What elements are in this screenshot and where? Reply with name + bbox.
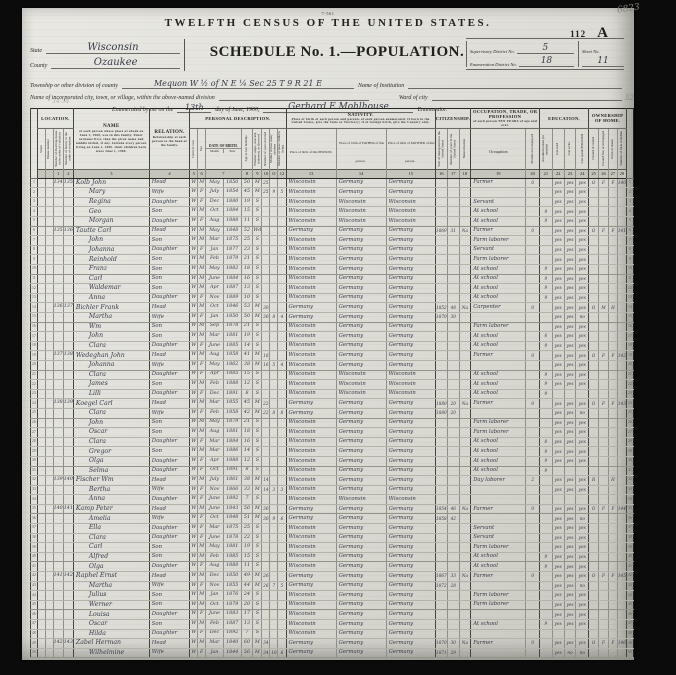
cell-pob: Germany [286,399,336,409]
cell-race: W [190,600,198,610]
cell-relation: Daughter [149,562,190,572]
cell-free_mortgaged [599,332,609,342]
cell-free_mortgaged [599,322,609,332]
table-row: 21ClaraDaughterWFApr188515SWisconsinWisc… [31,370,634,380]
line-number-right: 17 [626,332,633,342]
cell-pom: Germany [386,408,435,418]
cell-children_living [278,226,286,236]
cell-speak_english: yes [576,351,589,361]
cell-name: Johanna [73,245,149,255]
cell-school_months [539,629,552,639]
cell-can_read: yes [552,408,564,418]
cell-farm_house [608,447,617,457]
cell-pob: Wisconsin [286,485,336,495]
cell-family [63,552,73,562]
line-number-right: 4 [626,207,633,217]
cell-can_read: yes [552,226,564,236]
cell-dwelling [53,629,63,639]
cell-imm_year [435,293,447,303]
cell-dob_month: Feb [206,552,224,562]
cell-pob: Wisconsin [286,533,336,543]
cell-mother_of [270,639,278,649]
cell-imm_year: 1854 [435,504,447,514]
cell-pob: Wisconsin [286,284,336,294]
cell-free_mortgaged [599,600,609,610]
cell-dob_year: 1892 [223,629,241,639]
cell-dwelling: 140 [53,504,63,514]
cell-owned_rented [589,600,599,610]
line-number-right: 23 [626,389,633,399]
cell-months_unemployed [526,552,540,562]
cell-yrs_us [448,322,460,332]
cell-pom: Germany [386,648,435,658]
cell-free_mortgaged [599,495,609,505]
cell-can_write: yes [564,456,576,466]
group-header-relation: RELATION.Relationship of each person to … [149,109,190,170]
cell-race: W [190,370,198,380]
sheet-field: Sheet No. 11 [578,41,624,67]
cell-family: 143 [63,639,73,649]
cell-occupation: Farm laborer [471,428,526,438]
line-number-right: 9 [626,255,633,265]
cell-street [37,351,45,361]
cell-yrs_us: 28 [448,581,460,591]
line-number-right: 3 [626,197,633,207]
cell-free_mortgaged [599,207,609,217]
cell-street [37,600,45,610]
line-number-left: 8 [31,245,38,255]
cell-imm_year [435,188,447,198]
cell-farm_schedule [617,265,626,275]
cell-yrs_us [448,236,460,246]
cell-relation: Son [149,274,190,284]
line-number-left: 14 [31,303,38,313]
cell-pom: Germany [386,524,435,534]
cell-mother_of [270,322,278,332]
cell-marital: S [253,629,262,639]
supervisor-value: 5 [517,44,574,54]
cell-race: W [190,236,198,246]
cell-dob_year: 1881 [223,543,241,553]
cell-children_living [278,476,286,486]
cell-pof: Germany [336,476,386,486]
cell-race: W [190,466,198,476]
cell-pom: Wisconsin [386,389,435,399]
cell-pob: Wisconsin [286,351,336,361]
table-row: 36AmeliaWifeWFOct184851M3096GermanyGerma… [31,514,634,524]
cell-family [63,389,73,399]
cell-yrs_us [448,284,460,294]
line-number-left: 35 [31,504,38,514]
cell-yrs_married [262,293,270,303]
cell-sex: M [198,226,206,236]
cell-school_months: 9 [539,466,552,476]
cell-farm_schedule [617,380,626,390]
cell-sex: F [198,562,206,572]
cell-can_write: yes [564,341,576,351]
cell-age: 56 [241,504,253,514]
cell-owned_rented: O [589,572,599,582]
cell-can_read: yes [552,245,564,255]
cell-sex: F [198,485,206,495]
cell-speak_english: yes [576,303,589,313]
cell-marital: M [253,648,262,658]
line-number-right: 30 [626,456,633,466]
cell-mother_of [270,428,278,438]
cell-free_mortgaged [599,514,609,524]
col-header-race: Color or race [190,128,198,169]
cell-name: Fischer Wm [73,476,149,486]
cell-name: Anna [73,495,149,505]
line-number-left: 19 [31,351,38,361]
cell-mother_of [270,418,278,428]
cell-yrs_married [262,591,270,601]
cell-naturalization [459,178,471,188]
cell-yrs_us [448,466,460,476]
cell-pob: Wisconsin [286,322,336,332]
cell-months_unemployed [526,591,540,601]
line-number-right: 35 [626,504,633,514]
cell-relation: Wife [149,360,190,370]
line-number-right: 39 [626,543,633,553]
cell-dwelling [53,543,63,553]
cell-dob_month: May [206,265,224,275]
cell-owned_rented [589,610,599,620]
cell-pof: Germany [336,447,386,457]
cell-months_unemployed [526,514,540,524]
line-number-right: 44 [626,591,633,601]
cell-dob_month: Mar [206,437,224,447]
cell-marital: S [253,265,262,275]
cell-street [37,207,45,217]
cell-mother_of [270,591,278,601]
cell-age: 56 [241,648,253,658]
cell-naturalization [459,428,471,438]
line-number-right: 22 [626,380,633,390]
cell-months_unemployed [526,188,540,198]
cell-dwelling [53,293,63,303]
cell-dwelling [53,370,63,380]
cell-dob_month: July [206,476,224,486]
cell-occupation [471,514,526,524]
cell-speak_english: yes [576,322,589,332]
col-header-family: Number of family in the order of visitat… [63,128,73,169]
cell-free_mortgaged [599,274,609,284]
cell-street [37,274,45,284]
cell-race: W [190,332,198,342]
cell-children_living [278,178,286,188]
cell-yrs_us: 42 [448,514,460,524]
table-row: 20JohannaWifeWFMay186238M1654WisconsinGe… [31,360,634,370]
cell-relation: Son [149,543,190,553]
cell-can_read: yes [552,456,564,466]
cell-naturalization [459,284,471,294]
cell-name: Geo [73,207,149,217]
cell-street [37,447,45,457]
cell-race: W [190,207,198,217]
cell-dob_month: Dec [206,197,224,207]
cell-yrs_us [448,188,460,198]
cell-can_write: yes [564,581,576,591]
cell-yrs_us [448,600,460,610]
cell-can_read [552,389,564,399]
state-county-block: State Wisconsin County Ozaukee [30,39,185,71]
cell-naturalization: Na [459,504,471,514]
cell-street [37,293,45,303]
cell-children_living [278,399,286,409]
state-field: State Wisconsin [30,39,180,54]
cell-dob_month: May [206,178,224,188]
cell-farm_house [608,495,617,505]
cell-can_read: yes [552,236,564,246]
cell-occupation [471,629,526,639]
table-row: 9ReinholdSonWMFeb187921SWisconsinGermany… [31,255,634,265]
cell-name: Koegel Carl [73,399,149,409]
cell-relation: Daughter [149,524,190,534]
cell-naturalization [459,370,471,380]
cell-farm_schedule [617,418,626,428]
cell-dwelling [53,533,63,543]
cell-family: 142 [63,572,73,582]
cell-speak_english: yes [576,562,589,572]
cell-owned_rented [589,437,599,447]
cell-family [63,648,73,658]
cell-yrs_married [262,533,270,543]
cell-can_read: yes [552,303,564,313]
cell-yrs_us [448,207,460,217]
cell-family [63,245,73,255]
cell-mother_of [270,255,278,265]
cell-race: W [190,255,198,265]
col-number-street [37,169,45,178]
cell-can_write [564,466,576,476]
cell-yrs_married [262,389,270,399]
cell-dob_year: 1858 [223,408,241,418]
cell-house [45,562,53,572]
table-row: 48HildaDaughterWFDec18927SWisconsinGerma… [31,629,634,639]
cell-occupation [471,408,526,418]
cell-pof: Germany [336,303,386,313]
cell-naturalization [459,552,471,562]
cell-farm_house [608,620,617,630]
cell-can_read: yes [552,620,564,630]
col-header-pob: Place of birth of this PERSON. [286,128,336,169]
cell-house [45,648,53,658]
cell-dob_month: June [206,610,224,620]
col-number-age: 8 [241,169,253,178]
cell-pob: Wisconsin [286,293,336,303]
cell-can_write: yes [564,552,576,562]
cell-street [37,437,45,447]
cell-name: Louisa [73,610,149,620]
cell-age: 25 [241,236,253,246]
cell-farm_house: H [608,303,617,313]
cell-street [37,456,45,466]
cell-farm_schedule [617,360,626,370]
cell-sex: M [198,255,206,265]
cell-months_unemployed [526,648,540,658]
cell-name: Carl [73,543,149,553]
cell-sex: M [198,639,206,649]
cell-dob_year: 1855 [223,581,241,591]
cell-can_write: yes [564,428,576,438]
cell-can_write: yes [564,600,576,610]
cell-pob: Wisconsin [286,217,336,227]
cell-owned_rented [589,293,599,303]
cell-can_write: yes [564,533,576,543]
cell-owned_rented: R [589,476,599,486]
cell-naturalization: Na [459,639,471,649]
cell-free_mortgaged: F [599,351,609,361]
cell-months_unemployed [526,418,540,428]
cell-naturalization [459,188,471,198]
cell-age: 45 [241,399,253,409]
cell-dob_year: 1881 [223,428,241,438]
cell-house [45,188,53,198]
cell-age: 19 [241,197,253,207]
cell-occupation: Farmer [471,572,526,582]
cell-dwelling [53,408,63,418]
cell-race: W [190,572,198,582]
cell-can_read: yes [552,418,564,428]
cell-occupation: At school [471,466,526,476]
cell-name: Clara [73,437,149,447]
cell-can_write: yes [564,303,576,313]
cell-school_months: 9 [539,274,552,284]
cell-farm_schedule [617,476,626,486]
cell-marital: S [253,197,262,207]
cell-speak_english: yes [576,207,589,217]
line-number-left: 4 [31,207,38,217]
table-row: 23LilliDaughterWFDec18918SWisconsinWisco… [31,389,634,399]
cell-pom: Germany [386,447,435,457]
line-number-right: 10 [626,265,633,275]
cell-yrs_us: 33 [448,572,460,582]
cell-race: W [190,399,198,409]
cell-can_read: yes [552,447,564,457]
cell-pof: Germany [336,284,386,294]
cell-age: 16 [241,274,253,284]
cell-months_unemployed [526,466,540,476]
cell-school_months [539,648,552,658]
cell-house [45,437,53,447]
cell-naturalization [459,207,471,217]
cell-family [63,188,73,198]
cell-name: Oscar [73,620,149,630]
cell-naturalization [459,380,471,390]
cell-farm_schedule [617,591,626,601]
cell-yrs_married [262,265,270,275]
cell-mother_of [270,226,278,236]
cell-dob_year: 1848 [223,226,241,236]
cell-name: Kolb John [73,178,149,188]
line-number-right: 19 [626,351,633,361]
cell-dob_year: 1878 [223,322,241,332]
cell-free_mortgaged [599,236,609,246]
cell-yrs_married [262,236,270,246]
table-row: 8JohannaDaughterWFJan187723SWisconsinGer… [31,245,634,255]
cell-dob_month: May [206,360,224,370]
cell-marital: S [253,447,262,457]
cell-dob_year: 1844 [223,648,241,658]
cell-sex: F [198,466,206,476]
cell-children_living: 6 [278,648,286,658]
line-number-right: 42 [626,572,633,582]
cell-dwelling [53,524,63,534]
cell-owned_rented [589,495,599,505]
cell-pof: Germany [336,524,386,534]
cell-pof: Germany [336,188,386,198]
cell-marital: S [253,456,262,466]
cell-pom: Wisconsin [386,197,435,207]
cell-age: 21 [241,418,253,428]
cell-marital: S [253,466,262,476]
cell-months_unemployed [526,543,540,553]
table-row: 33BerthaWifeWFNov186633M1433WisconsinGer… [31,485,634,495]
cell-can_write: yes [564,447,576,457]
cell-farm_schedule [617,389,626,399]
cell-imm_year [435,360,447,370]
cell-children_living: 3 [278,485,286,495]
cell-mother_of: 9 [270,188,278,198]
cell-dob_month: June [206,341,224,351]
cell-can_read [552,495,564,505]
cell-yrs_married [262,226,270,236]
line-number-left: 3 [31,197,38,207]
cell-school_months [539,418,552,428]
cell-free_mortgaged [599,428,609,438]
cell-owned_rented [589,217,599,227]
cell-occupation: Servant [471,533,526,543]
cell-speak_english: yes [576,485,589,495]
cell-street [37,620,45,630]
cell-mother_of [270,476,278,486]
cell-pof: Germany [336,648,386,658]
col-header-yrs_us: Number of years in the United States [448,128,460,169]
cell-dob_year: 1875 [223,524,241,534]
cell-months_unemployed [526,447,540,457]
cell-family: 135 [63,178,73,188]
cell-house [45,629,53,639]
cell-owned_rented [589,207,599,217]
cell-marital: S [253,610,262,620]
cell-naturalization [459,591,471,601]
col-number-yrs_married: 10 [262,169,270,178]
cell-free_mortgaged [599,418,609,428]
cell-occupation [471,648,526,658]
cell-dob_year: 1885 [223,370,241,380]
cell-can_read: yes [552,591,564,601]
cell-pom: Germany [386,265,435,275]
col-header-pom: Place of birth of MOTHER of this person. [386,128,435,169]
cell-family [63,341,73,351]
cell-yrs_us [448,456,460,466]
cell-dwelling [53,466,63,476]
table-row: 18ClaraDaughterWFJune188514SWisconsinGer… [31,341,634,351]
cell-farm_schedule [617,322,626,332]
col-number-sex: 6 [198,169,206,178]
cell-relation: Daughter [149,533,190,543]
cell-age: 44 [241,581,253,591]
cell-children_living [278,255,286,265]
cell-farm_house [608,360,617,370]
cell-pof: Wisconsin [336,197,386,207]
cell-children_living [278,322,286,332]
cell-speak_english: yes [576,610,589,620]
cell-relation: Son [149,428,190,438]
cell-dob_year: 1887 [223,284,241,294]
cell-naturalization [459,456,471,466]
